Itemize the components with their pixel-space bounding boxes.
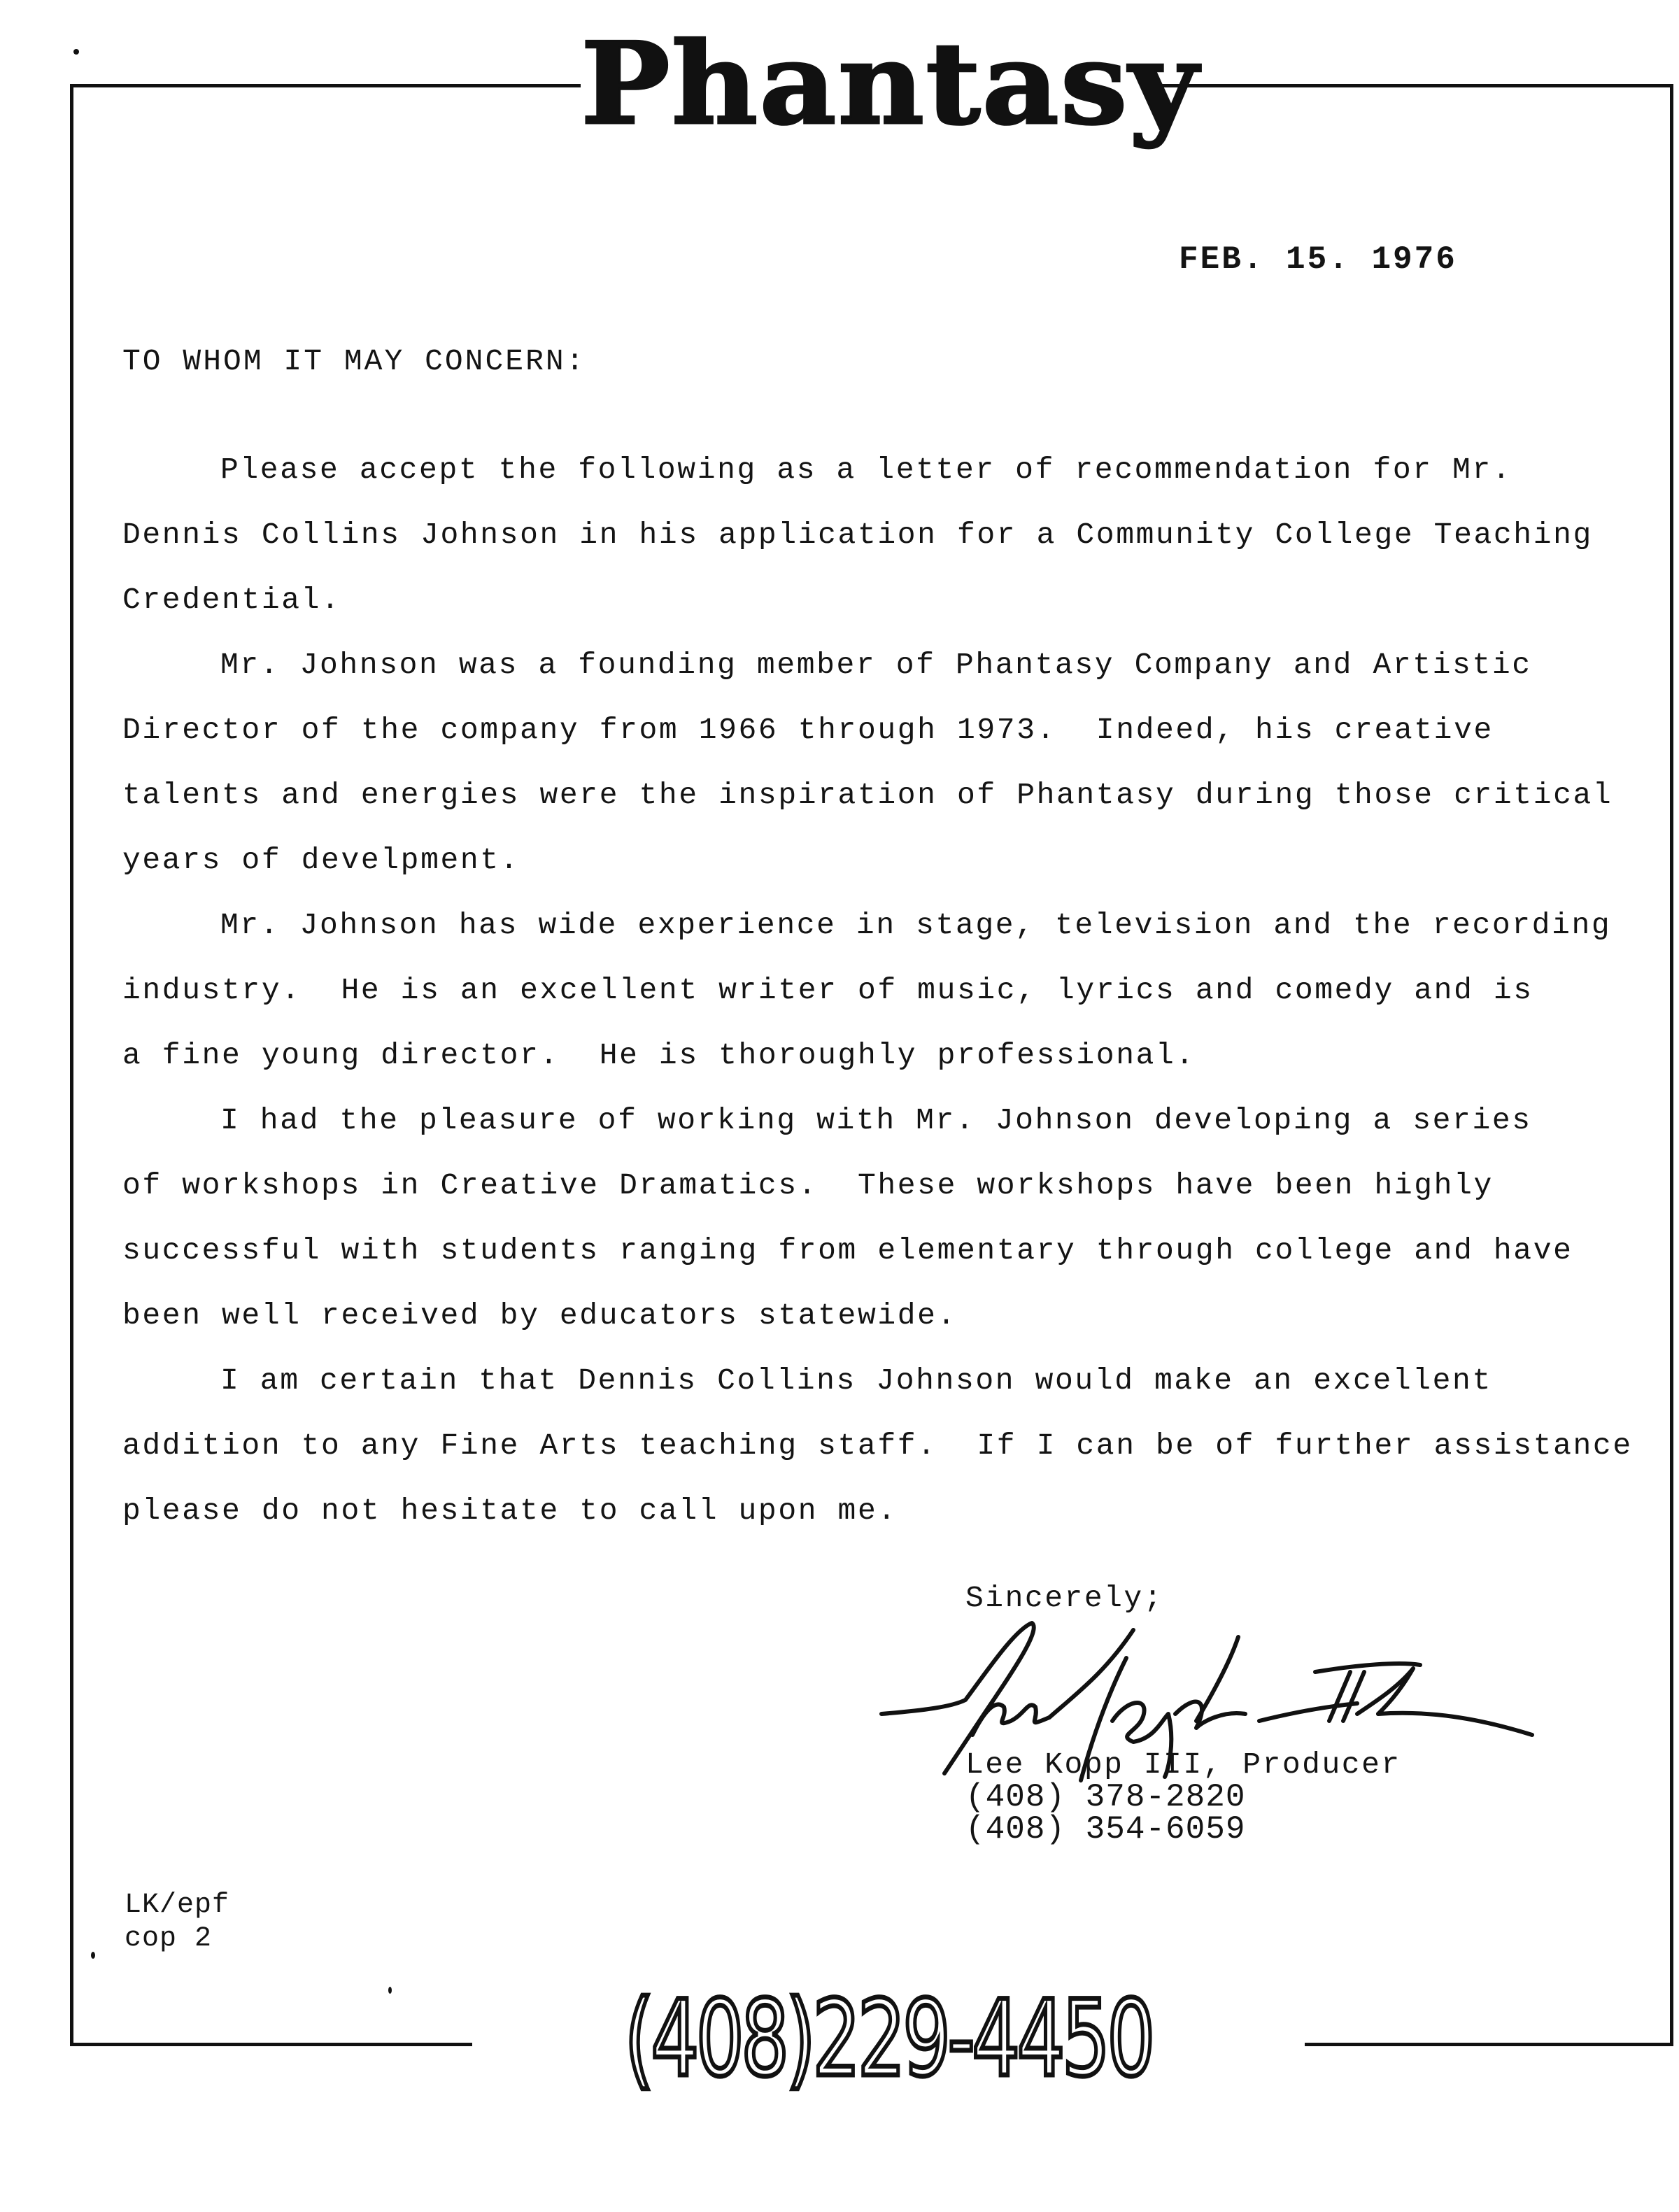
paragraph-4: I had the pleasure of working with Mr. J… <box>122 1088 1662 1348</box>
footer-phone-number: (408)229-4450 <box>472 1983 1305 2095</box>
body-line: Dennis Collins Johnson in his applicatio… <box>122 502 1662 567</box>
letter-date: FEB. 15. 1976 <box>1179 241 1457 278</box>
salutation: TO WHOM IT MAY CONCERN: <box>122 344 586 378</box>
body-line: a fine young director. He is thoroughly … <box>122 1023 1662 1088</box>
ink-speck <box>73 49 79 55</box>
body-line: talents and energies were the inspiratio… <box>122 763 1662 828</box>
company-name: Phantasy <box>581 17 1199 150</box>
paragraph-3: Mr. Johnson has wide experience in stage… <box>122 893 1662 1088</box>
paragraph-1: Please accept the following as a letter … <box>122 437 1662 632</box>
signer-name: Lee Kopp III, Producer <box>965 1749 1401 1781</box>
ink-speck <box>91 1952 95 1959</box>
reference-notation: LK/epf cop 2 <box>125 1889 229 1956</box>
copy-note: cop 2 <box>125 1922 229 1956</box>
signer-block: Lee Kopp III, Producer (408) 378-2820 (4… <box>965 1749 1401 1845</box>
body-line: Mr. Johnson was a founding member of Pha… <box>122 632 1662 697</box>
body-line: please do not hesitate to call upon me. <box>122 1478 1662 1543</box>
body-line: years of develpment. <box>122 828 1662 893</box>
closing: Sincerely; <box>965 1581 1163 1615</box>
paragraph-2: Mr. Johnson was a founding member of Pha… <box>122 632 1662 893</box>
body-line: Credential. <box>122 567 1662 632</box>
letterhead-logo: Phantasy <box>581 14 1154 154</box>
body-line: I had the pleasure of working with Mr. J… <box>122 1088 1662 1153</box>
body-line: industry. He is an excellent writer of m… <box>122 958 1662 1023</box>
body-line: Please accept the following as a letter … <box>122 437 1662 502</box>
signer-phone: (408) 354-6059 <box>965 1813 1401 1845</box>
body-line: been well received by educators statewid… <box>122 1283 1662 1348</box>
body-line: Director of the company from 1966 throug… <box>122 697 1662 763</box>
ink-speck <box>388 1987 392 1994</box>
body-line: addition to any Fine Arts teaching staff… <box>122 1413 1662 1478</box>
letter-body: Please accept the following as a letter … <box>122 437 1662 1543</box>
body-line: I am certain that Dennis Collins Johnson… <box>122 1348 1662 1413</box>
body-line: of workshops in Creative Dramatics. Thes… <box>122 1153 1662 1218</box>
body-line: Mr. Johnson has wide experience in stage… <box>122 893 1662 958</box>
reference-initials: LK/epf <box>125 1889 229 1922</box>
body-line: successful with students ranging from el… <box>122 1218 1662 1283</box>
signer-phone: (408) 378-2820 <box>965 1781 1401 1813</box>
paragraph-5: I am certain that Dennis Collins Johnson… <box>122 1348 1662 1543</box>
